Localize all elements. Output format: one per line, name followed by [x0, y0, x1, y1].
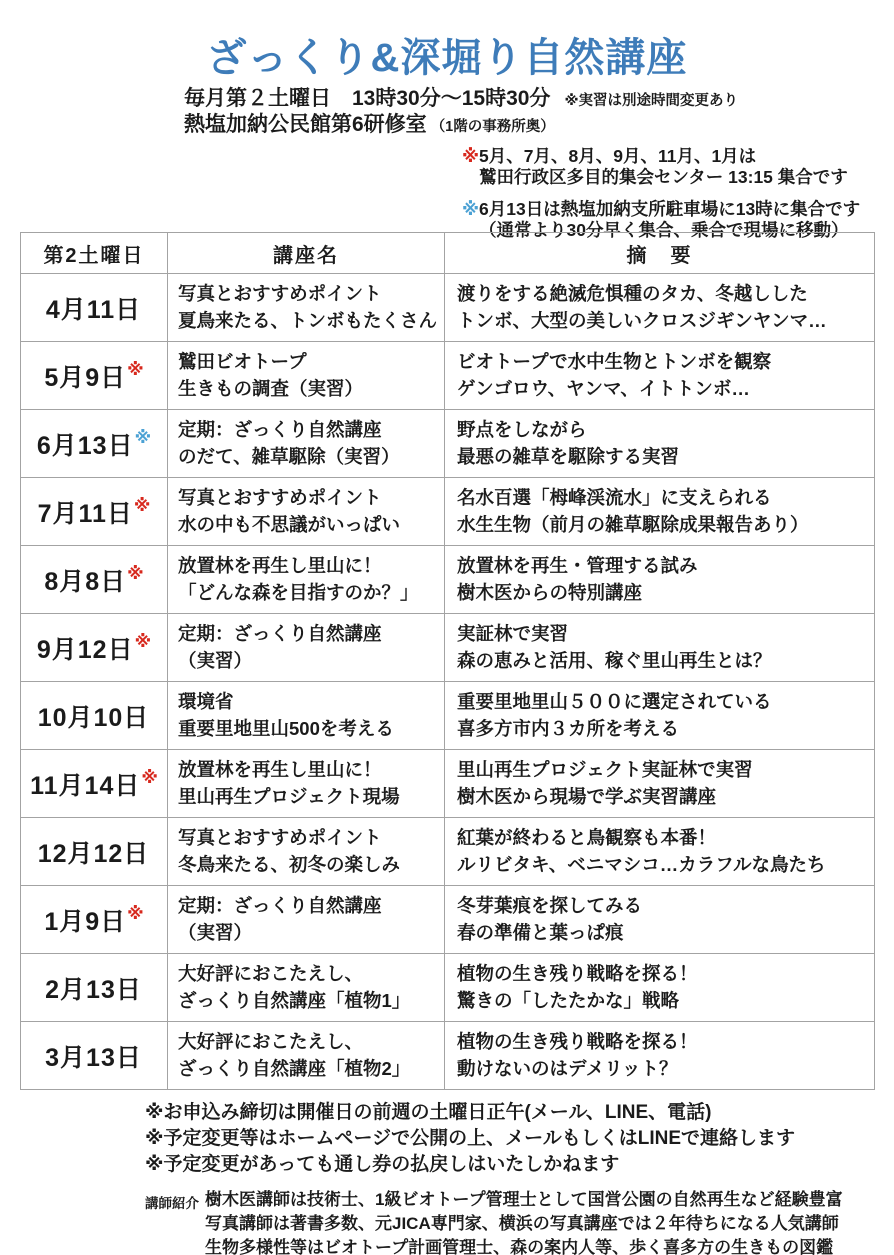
- date-note-mark: ※: [134, 496, 151, 515]
- red-asterisk-icon: ※: [462, 146, 479, 166]
- flyer-page: ざっくり&深堀り自然講座 毎月第２土曜日 13時30分～15時30分※実習は別途…: [0, 0, 894, 1255]
- course-line: 大好評におこたえし、: [178, 1029, 438, 1056]
- column-header-date: 第2土曜日: [21, 233, 168, 274]
- summary-line: 水生生物（前月の雑草駆除成果報告あり）: [457, 512, 868, 539]
- date-note-mark: ※: [135, 632, 152, 651]
- date-label: 5月9日: [44, 364, 126, 392]
- red-note: ※5月、7月、8月、9月、11月、1月は 鷲田行政区多目的集会センター 13:1…: [462, 146, 860, 189]
- date-note-mark: ※: [127, 360, 144, 379]
- date-label: 2月13日: [45, 976, 142, 1004]
- summary-line: ゲンゴロウ、ヤンマ、イトトンボ…: [457, 376, 868, 403]
- summary-line: 喜多方市内３カ所を考える: [457, 716, 868, 743]
- table-row: 12月12日 写真とおすすめポイント冬鳥来たる、初冬の楽しみ 紅葉が終わると鳥観…: [21, 818, 875, 886]
- summary-line: 野点をしながら: [457, 417, 868, 444]
- table-row: 9月12日※ 定期：ざっくり自然講座（実習） 実証林で実習森の恵みと活用、稼ぐ里…: [21, 614, 875, 682]
- summary-line: 春の準備と葉っぱ痕: [457, 920, 868, 947]
- column-header-course: 講座名: [168, 233, 445, 274]
- course-line: ざっくり自然講座「植物1」: [178, 988, 438, 1015]
- schedule-place-note: （1階の事務所奥）: [431, 119, 555, 135]
- date-label: 4月11日: [46, 296, 141, 324]
- date-label: 11月14日: [30, 772, 140, 800]
- schedule-time-note: ※実習は別途時間変更あり: [564, 93, 738, 109]
- summary-line: ルリビタキ、ベニマシコ…カラフルな鳥たち: [457, 852, 868, 879]
- course-line: 水の中も不思議がいっぱい: [178, 512, 438, 539]
- course-line: 環境省: [178, 689, 438, 716]
- application-note-line: ※予定変更等はホームページで公開の上、メールもしくはLINEで連絡します: [145, 1126, 795, 1152]
- course-line: 里山再生プロジェクト現場: [178, 784, 438, 811]
- summary-line: 渡りをする絶滅危惧種のタカ、冬越しした: [457, 281, 868, 308]
- course-line: 重要里地里山500を考える: [178, 716, 438, 743]
- summary-line: 里山再生プロジェクト実証林で実習: [457, 757, 868, 784]
- application-note-line: ※予定変更があっても通し券の払戻しはいたしかねます: [145, 1152, 795, 1178]
- table-row: 5月9日※ 鷲田ビオトープ生きもの調査（実習） ビオトープで水中生物とトンボを観…: [21, 342, 875, 410]
- summary-line: 植物の生き残り戦略を探る！: [457, 961, 868, 988]
- summary-line: 最悪の雑草を駆除する実習: [457, 444, 868, 471]
- schedule-time-line: 毎月第２土曜日 13時30分～15時30分※実習は別途時間変更あり: [184, 86, 738, 112]
- summary-line: 動けないのはデメリット？: [457, 1056, 868, 1083]
- instructor-intro: 講師紹介 樹木医講師は技術士、1級ビオトープ管理士として国営公園の自然再生など経…: [145, 1188, 843, 1255]
- table-row: 8月8日※ 放置林を再生し里山に！「どんな森を目指すのか？」 放置林を再生・管理…: [21, 546, 875, 614]
- table-row: 6月13日※ 定期：ざっくり自然講座のだて、雑草駆除（実習） 野点をしながら最悪…: [21, 410, 875, 478]
- table-row: 2月13日 大好評におこたえし、ざっくり自然講座「植物1」 植物の生き残り戦略を…: [21, 954, 875, 1022]
- column-header-summary: 摘 要: [445, 233, 875, 274]
- table-row: 1月9日※ 定期：ざっくり自然講座（実習） 冬芽葉痕を探してみる春の準備と葉っぱ…: [21, 886, 875, 954]
- schedule-place-line: 熱塩加納公民館第6研修室（1階の事務所奥）: [184, 112, 738, 138]
- course-line: ざっくり自然講座「植物2」: [178, 1056, 438, 1083]
- instructor-line: 生物多様性等はビオトープ計画管理士、森の案内人等、歩く喜多方の生きもの図鑑: [205, 1236, 843, 1255]
- schedule-time-text: 毎月第２土曜日 13時30分～15時30分: [184, 87, 550, 110]
- course-line: 定期：ざっくり自然講座: [178, 417, 438, 444]
- course-line: 生きもの調査（実習）: [178, 376, 438, 403]
- date-note-mark: ※: [127, 904, 144, 923]
- date-label: 1月9日: [44, 908, 126, 936]
- summary-line: 冬芽葉痕を探してみる: [457, 893, 868, 920]
- date-label: 9月12日: [37, 636, 134, 664]
- course-line: 放置林を再生し里山に！: [178, 757, 438, 784]
- date-label: 7月11日: [38, 500, 133, 528]
- summary-line: 植物の生き残り戦略を探る！: [457, 1029, 868, 1056]
- schedule-place-text: 熱塩加納公民館第6研修室: [184, 113, 427, 136]
- table-row: 4月11日 写真とおすすめポイント夏鳥来たる、トンボもたくさん 渡りをする絶滅危…: [21, 274, 875, 342]
- summary-line: ビオトープで水中生物とトンボを観察: [457, 349, 868, 376]
- summary-line: 驚きの「したたかな」戦略: [457, 988, 868, 1015]
- instructor-line: 写真講師は著書多数、元JICA専門家、横浜の写真講座では２年待ちになる人気講師: [205, 1212, 843, 1236]
- blue-note-line1: ※6月13日は熱塩加納支所駐車場に13時に集合です: [462, 199, 860, 220]
- blue-asterisk-icon: ※: [462, 199, 479, 219]
- summary-line: 名水百選「栂峰渓流水」に支えられる: [457, 485, 868, 512]
- table-row: 10月10日 環境省重要里地里山500を考える 重要里地里山５００に選定されてい…: [21, 682, 875, 750]
- application-notes: ※お申込み締切は開催日の前週の土曜日正午(メール、LINE、電話) ※予定変更等…: [145, 1100, 795, 1179]
- schedule-info: 毎月第２土曜日 13時30分～15時30分※実習は別途時間変更あり 熱塩加納公民…: [184, 86, 738, 139]
- course-line: のだて、雑草駆除（実習）: [178, 444, 438, 471]
- course-line: 鷲田ビオトープ: [178, 349, 438, 376]
- date-note-mark: ※: [127, 564, 144, 583]
- course-line: 夏鳥来たる、トンボもたくさん: [178, 308, 438, 335]
- table-row: 11月14日※ 放置林を再生し里山に！里山再生プロジェクト現場 里山再生プロジェ…: [21, 750, 875, 818]
- blue-note-text1: 6月13日は熱塩加納支所駐車場に13時に集合です: [479, 199, 860, 219]
- summary-line: 樹木医から現場で学ぶ実習講座: [457, 784, 868, 811]
- date-label: 6月13日: [37, 432, 134, 460]
- date-note-mark: ※: [141, 768, 158, 787]
- summary-line: トンボ、大型の美しいクロスジギンヤンマ…: [457, 308, 868, 335]
- date-label: 12月12日: [38, 840, 150, 868]
- summary-line: 重要里地里山５００に選定されている: [457, 689, 868, 716]
- course-line: 写真とおすすめポイント: [178, 485, 438, 512]
- table-row: 7月11日※ 写真とおすすめポイント水の中も不思議がいっぱい 名水百選「栂峰渓流…: [21, 478, 875, 546]
- instructor-intro-label: 講師紹介: [145, 1188, 199, 1255]
- course-line: 写真とおすすめポイント: [178, 281, 438, 308]
- summary-line: 放置林を再生・管理する試み: [457, 553, 868, 580]
- date-label: 8月8日: [44, 568, 126, 596]
- course-line: 定期：ざっくり自然講座: [178, 621, 438, 648]
- course-line: 定期：ざっくり自然講座: [178, 893, 438, 920]
- schedule-table: 第2土曜日 講座名 摘 要 4月11日 写真とおすすめポイント夏鳥来たる、トンボ…: [20, 232, 875, 1090]
- summary-line: 森の恵みと活用、稼ぐ里山再生とは？: [457, 648, 868, 675]
- summary-line: 樹木医からの特別講座: [457, 580, 868, 607]
- course-line: 冬鳥来たる、初冬の楽しみ: [178, 852, 438, 879]
- summary-line: 紅葉が終わると鳥観察も本番！: [457, 825, 868, 852]
- red-note-text1: 5月、7月、8月、9月、11月、1月は: [479, 146, 756, 166]
- date-label: 10月10日: [38, 704, 150, 732]
- course-line: 写真とおすすめポイント: [178, 825, 438, 852]
- instructor-intro-lines: 樹木医講師は技術士、1級ビオトープ管理士として国営公園の自然再生など経験豊富 写…: [205, 1188, 843, 1255]
- date-note-mark: ※: [135, 428, 152, 447]
- red-note-line1: ※5月、7月、8月、9月、11月、1月は: [462, 146, 860, 167]
- course-line: （実習）: [178, 648, 438, 675]
- application-note-line: ※お申込み締切は開催日の前週の土曜日正午(メール、LINE、電話): [145, 1100, 795, 1126]
- table-row: 3月13日 大好評におこたえし、ざっくり自然講座「植物2」 植物の生き残り戦略を…: [21, 1022, 875, 1090]
- table-header-row: 第2土曜日 講座名 摘 要: [21, 233, 875, 274]
- course-line: 「どんな森を目指すのか？」: [178, 580, 438, 607]
- instructor-line: 樹木医講師は技術士、1級ビオトープ管理士として国営公園の自然再生など経験豊富: [205, 1188, 843, 1212]
- summary-line: 実証林で実習: [457, 621, 868, 648]
- course-line: 放置林を再生し里山に！: [178, 553, 438, 580]
- page-title: ざっくり&深堀り自然講座: [0, 26, 894, 83]
- red-note-line2: 鷲田行政区多目的集会センター 13:15 集合です: [462, 167, 860, 188]
- course-line: 大好評におこたえし、: [178, 961, 438, 988]
- date-label: 3月13日: [45, 1044, 142, 1072]
- course-line: （実習）: [178, 920, 438, 947]
